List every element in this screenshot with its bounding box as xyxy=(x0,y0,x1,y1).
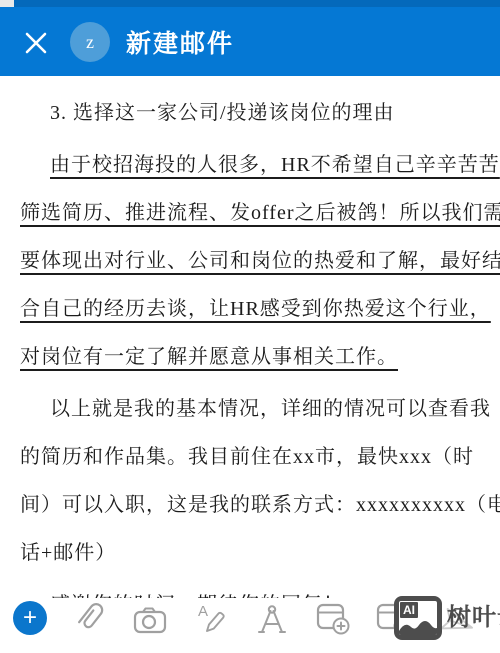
ai-image-logo-icon: AI xyxy=(394,596,442,640)
card-plus-icon xyxy=(315,602,351,636)
drawing-tool-button[interactable] xyxy=(254,602,290,638)
close-icon[interactable] xyxy=(24,31,48,55)
font-pen-icon: A xyxy=(195,601,229,635)
compass-icon xyxy=(255,604,289,636)
watermark: AI 树叶云 xyxy=(394,596,500,640)
avatar[interactable]: z xyxy=(70,22,110,62)
body-line: 合自己的经历去谈，让HR感受到你热爱这个行业， xyxy=(20,292,491,321)
body-line: 间）可以入职，这是我的联系方式：xxxxxxxxxx（电 xyxy=(20,488,500,517)
body-line: 筛选简历、推进流程、发offer之后被鸽！所以我们需 xyxy=(20,196,500,225)
plus-icon: + xyxy=(23,606,37,630)
header-bar: z 新建邮件 xyxy=(0,0,500,76)
status-bar-strip xyxy=(14,0,500,7)
text-style-button[interactable]: A xyxy=(194,600,230,636)
body-line: 要体现出对行业、公司和岗位的热爱和了解，最好结 xyxy=(20,244,500,273)
ai-badge: AI xyxy=(400,602,418,618)
add-button[interactable]: + xyxy=(13,601,47,635)
body-line: 的简历和作品集。我目前住在xx市，最快xxx（时 xyxy=(20,440,474,469)
compose-email-screen: z 新建邮件 3. 选择这一家公司/投递该岗位的理由 由于校招海投的人很多，HR… xyxy=(0,0,500,653)
camera-icon xyxy=(133,605,167,635)
screen-corner-notch xyxy=(0,0,14,7)
body-line: 3. 选择这一家公司/投递该岗位的理由 xyxy=(50,96,395,125)
paperclip-icon xyxy=(74,601,106,635)
attachment-button[interactable] xyxy=(72,600,108,636)
insert-card-button[interactable] xyxy=(315,601,351,637)
body-line: 以上就是我的基本情况，详细的情况可以查看我 xyxy=(50,392,491,421)
body-line: 由于校招海投的人很多，HR不希望自己辛辛苦苦 xyxy=(50,148,500,177)
camera-button[interactable] xyxy=(132,602,168,638)
watermark-brand: 树叶云 xyxy=(447,596,500,640)
svg-text:A: A xyxy=(198,603,208,620)
mountains-icon xyxy=(399,617,437,635)
body-line: 对岗位有一定了解并愿意从事相关工作。 xyxy=(20,340,398,369)
body-line: 话+邮件） xyxy=(20,536,116,565)
avatar-letter: z xyxy=(86,32,94,53)
page-title: 新建邮件 xyxy=(126,24,234,60)
